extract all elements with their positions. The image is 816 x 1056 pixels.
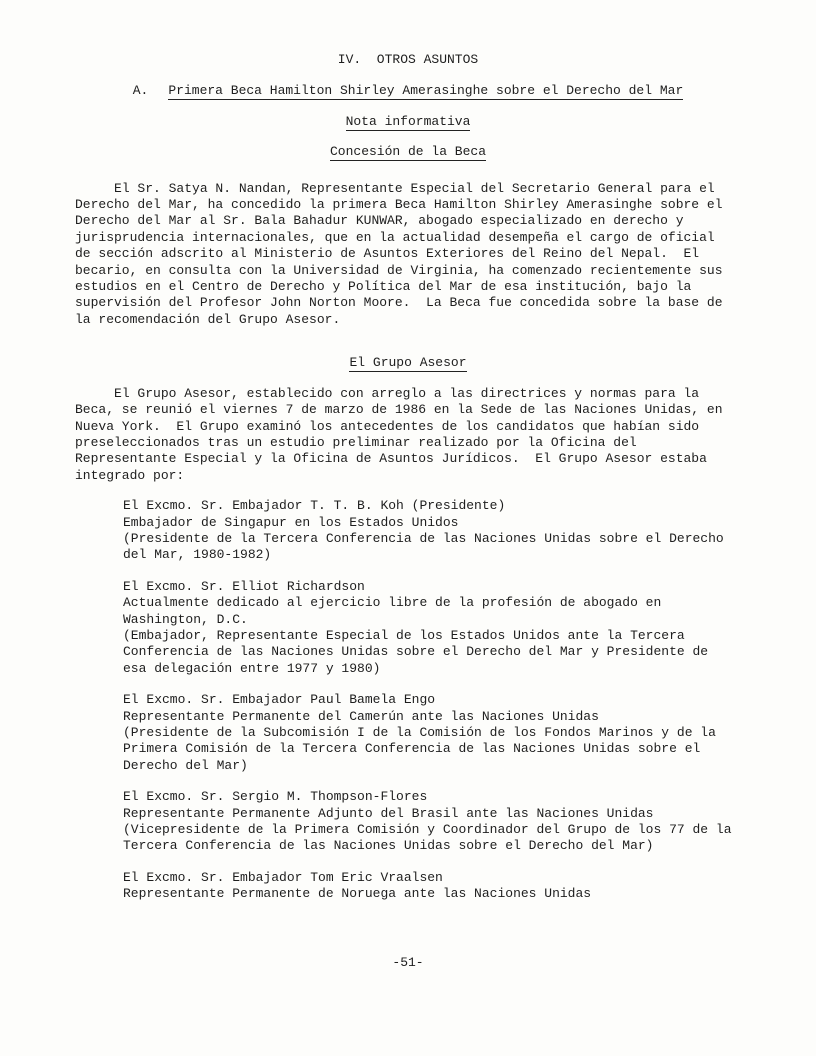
page-title: IV. OTROS ASUNTOS — [75, 52, 741, 68]
heading-concesion-de-la-beca: Concesión de la Beca — [75, 144, 741, 160]
document-page: IV. OTROS ASUNTOS A.Primera Beca Hamilto… — [0, 0, 816, 1056]
section-a-label: A. — [133, 83, 149, 98]
member-entry-vraalsen: El Excmo. Sr. Embajador Tom Eric Vraalse… — [123, 870, 741, 903]
paragraph-grupo-asesor: El Grupo Asesor, establecido con arreglo… — [75, 386, 741, 484]
section-a-heading: A.Primera Beca Hamilton Shirley Amerasin… — [75, 83, 741, 99]
heading-nota-informativa: Nota informativa — [75, 114, 741, 130]
member-entry-koh: El Excmo. Sr. Embajador T. T. B. Koh (Pr… — [123, 498, 741, 564]
page-number: -51- — [75, 955, 741, 971]
advisory-group-member-list: El Excmo. Sr. Embajador T. T. B. Koh (Pr… — [123, 498, 741, 903]
paragraph-concesion: El Sr. Satya N. Nandan, Representante Es… — [75, 181, 741, 329]
heading-el-grupo-asesor: El Grupo Asesor — [75, 355, 741, 371]
member-entry-engo: El Excmo. Sr. Embajador Paul Bamela Engo… — [123, 692, 741, 774]
member-entry-richardson: El Excmo. Sr. Elliot Richardson Actualme… — [123, 579, 741, 677]
section-a-title: Primera Beca Hamilton Shirley Amerasingh… — [168, 83, 683, 100]
member-entry-thompson-flores: El Excmo. Sr. Sergio M. Thompson-Flores … — [123, 789, 741, 855]
